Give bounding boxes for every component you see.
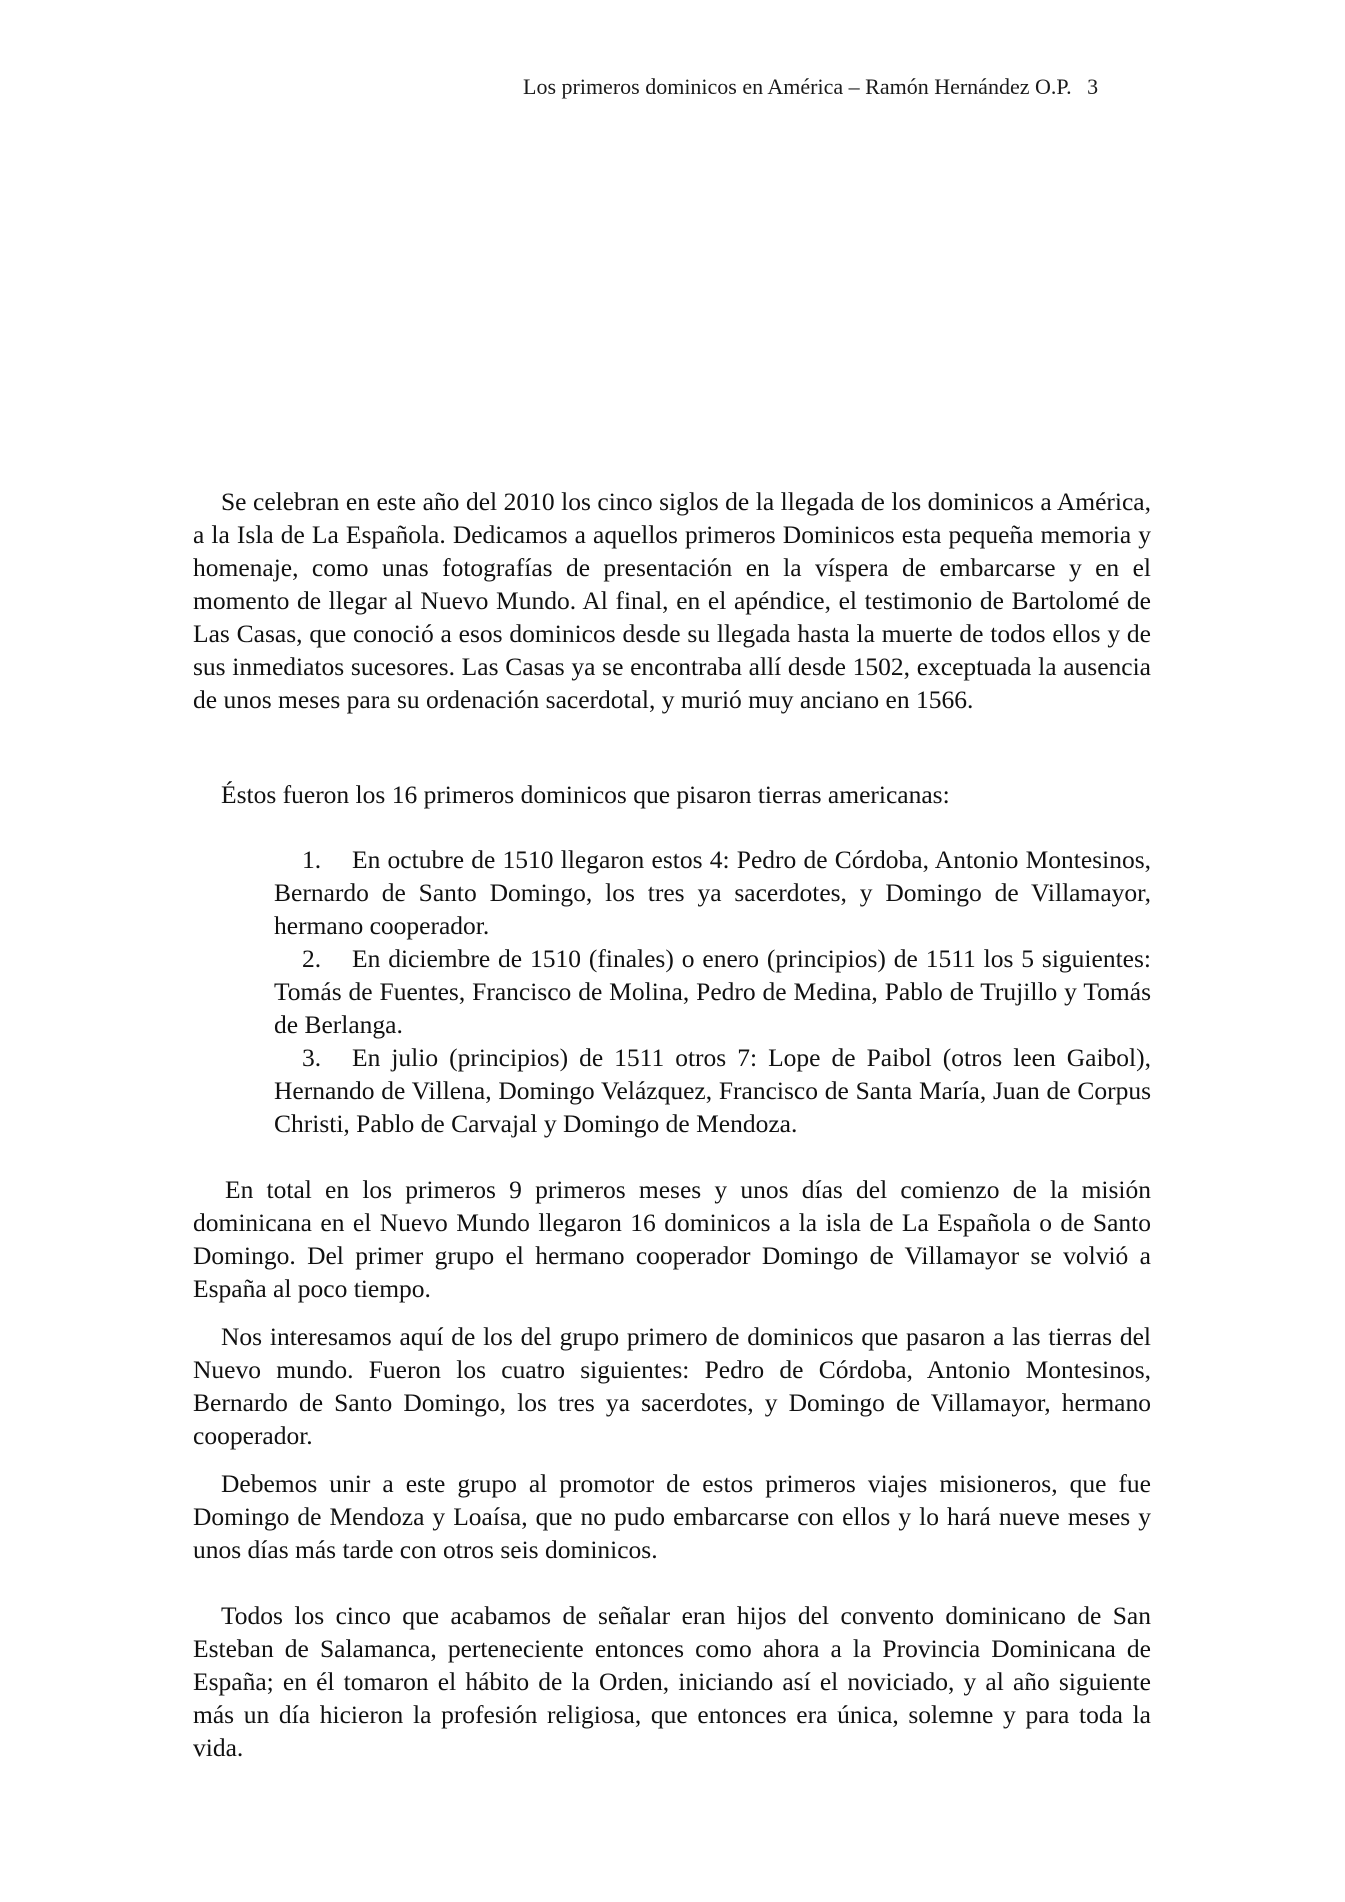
list-item-text: En octubre de 1510 llegaron estos 4: Ped… [274, 845, 1151, 940]
list-lead-block: Éstos fueron los 16 primeros dominicos q… [193, 778, 1151, 811]
list-lead-paragraph: Éstos fueron los 16 primeros dominicos q… [193, 778, 1151, 811]
list-item-number: 1. [302, 843, 352, 876]
salamanca-paragraph: Todos los cinco que acabamos de señalar … [193, 1599, 1151, 1764]
list-item-text: En julio (principios) de 1511 otros 7: L… [274, 1043, 1151, 1138]
list-item: 2.En diciembre de 1510 (finales) o enero… [274, 942, 1151, 1041]
total-paragraph: En total en los primeros 9 primeros mese… [193, 1173, 1151, 1305]
intro-paragraph-block: Se celebran en este año del 2010 los cin… [193, 485, 1151, 716]
page-number: 3 [1087, 74, 1098, 99]
total-paragraph-block: En total en los primeros 9 primeros mese… [193, 1173, 1151, 1305]
list-item: 3.En julio (principios) de 1511 otros 7:… [274, 1041, 1151, 1140]
list-item: 1.En octubre de 1510 llegaron estos 4: P… [274, 843, 1151, 942]
running-header: Los primeros dominicos en América – Ramó… [523, 74, 1098, 100]
arrival-groups-list: 1.En octubre de 1510 llegaron estos 4: P… [274, 843, 1151, 1140]
list-item-number: 3. [302, 1041, 352, 1074]
running-title: Los primeros dominicos en América – Ramó… [523, 74, 1072, 99]
intro-paragraph: Se celebran en este año del 2010 los cin… [193, 485, 1151, 716]
interest-paragraph-block: Nos interesamos aquí de los del grupo pr… [193, 1320, 1151, 1452]
salamanca-paragraph-block: Todos los cinco que acabamos de señalar … [193, 1599, 1151, 1764]
list-item-text: En diciembre de 1510 (finales) o enero (… [274, 944, 1151, 1039]
promoter-paragraph-block: Debemos unir a este grupo al promotor de… [193, 1467, 1151, 1566]
list-item-number: 2. [302, 942, 352, 975]
promoter-paragraph: Debemos unir a este grupo al promotor de… [193, 1467, 1151, 1566]
interest-paragraph: Nos interesamos aquí de los del grupo pr… [193, 1320, 1151, 1452]
